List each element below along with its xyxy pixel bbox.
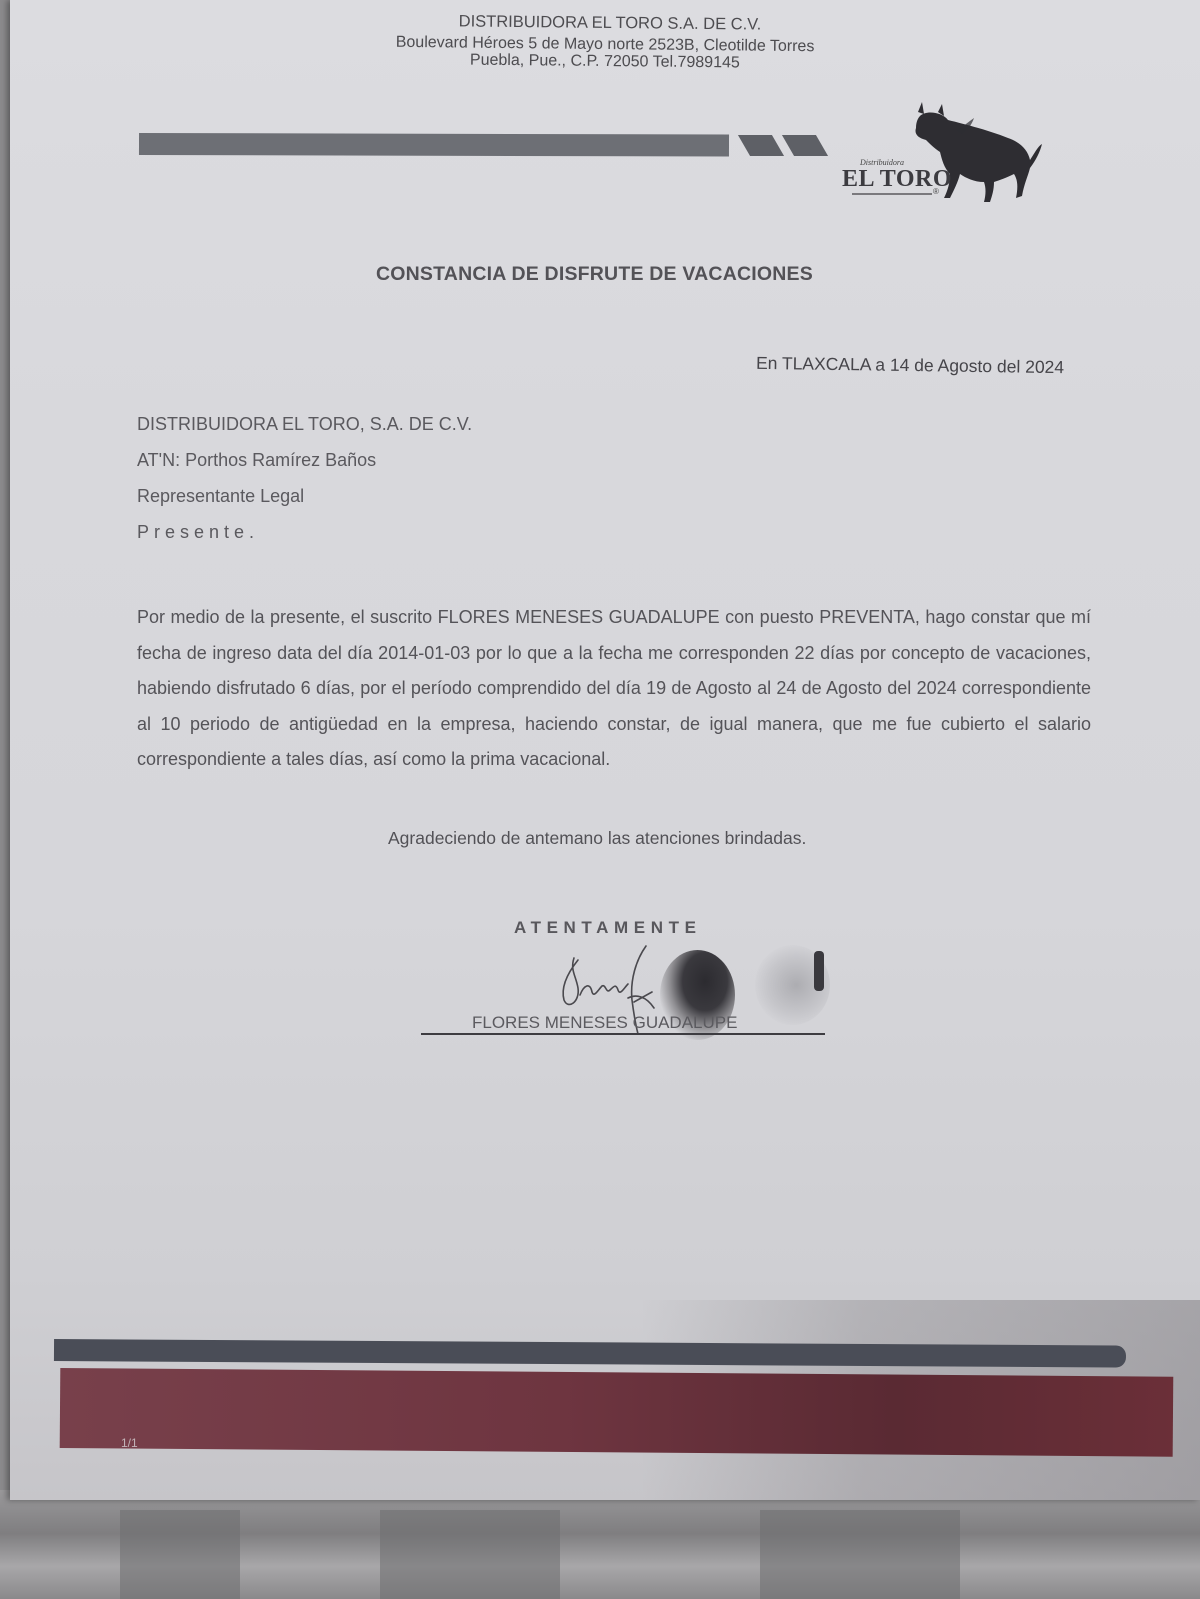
signatory-name: FLORES MENESES GUADALUPE <box>472 1013 737 1033</box>
document-title: CONSTANCIA DE DISFRUTE DE VACACIONES <box>376 263 813 286</box>
logo-tagline <box>852 193 932 195</box>
body-paragraph: Por medio de la presente, el suscrito FL… <box>137 600 1091 778</box>
background-fabric <box>0 1490 1200 1599</box>
header-band <box>139 133 729 157</box>
registered-mark: ® <box>933 187 939 196</box>
addressee-greeting: Presente. <box>137 521 472 557</box>
page-number: 1/1 <box>121 1436 138 1450</box>
place-date: En TLAXCALA a 14 de Agosto del 2024 <box>756 353 1064 378</box>
footer-band-red <box>60 1368 1174 1457</box>
fabric-fold <box>120 1510 240 1599</box>
addressee-company: DISTRIBUIDORA EL TORO, S.A. DE C.V. <box>137 413 472 449</box>
signature-line <box>421 1033 825 1035</box>
sign-off: ATENTAMENTE <box>514 918 702 938</box>
addressee-block: DISTRIBUIDORA EL TORO, S.A. DE C.V. AT'N… <box>137 413 472 557</box>
addressee-attention: AT'N: Porthos Ramírez Baños <box>137 449 472 485</box>
closing-line: Agradeciendo de antemano las atenciones … <box>388 828 806 849</box>
fabric-fold <box>380 1510 560 1599</box>
fabric-fold <box>760 1510 960 1599</box>
addressee-role: Representante Legal <box>137 485 472 521</box>
fingerprint-left-thumb <box>755 945 830 1025</box>
company-logo: Distribuidora EL TORO ® <box>838 100 1048 210</box>
